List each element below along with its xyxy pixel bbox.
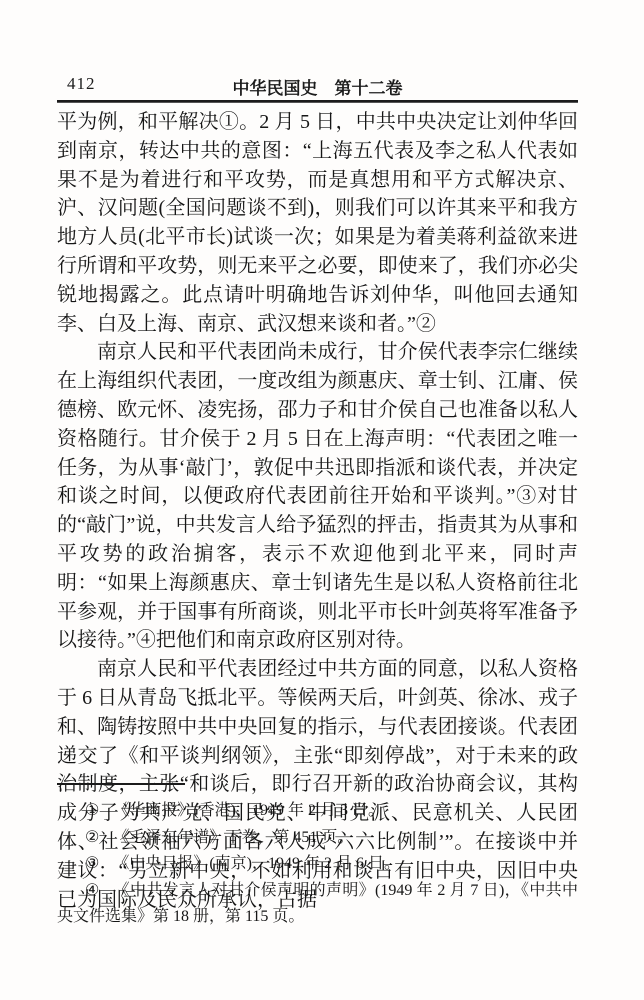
header-rule	[57, 100, 578, 103]
footnote-4-text: 《中共发言人对甘介侯声明的声明》(1949 年 2 月 7 日)，《中共中央文件…	[57, 882, 578, 926]
footnote-2-text: 《毛泽东年谱》下卷，第 451 页。	[113, 829, 353, 846]
footnote-4: ④《中共发言人对甘介侯声明的声明》(1949 年 2 月 7 日)，《中共中央文…	[57, 878, 578, 931]
footnote-4-marker: ④	[85, 878, 99, 905]
footnote-2-marker: ②	[85, 825, 99, 852]
running-title: 中华民国史 第十二卷	[57, 74, 578, 99]
footnote-3: ③《中央日报》(南京)，1949 年 2 月 6 日。	[57, 851, 578, 878]
book-page: 412 中华民国史 第十二卷 平为例，和平解决①。2 月 5 日，中共中央决定让…	[0, 0, 644, 1000]
footnotes-section: ①《华商报》(香港)，1949 年 2 月 3 日。 ②《毛泽东年谱》下卷，第 …	[57, 798, 578, 931]
body-paragraph-1: 平为例，和平解决①。2 月 5 日，中共中央决定让刘仲华回到南京，转达中共的意图…	[57, 108, 578, 338]
footnote-1-marker: ①	[85, 798, 99, 825]
footnote-2: ②《毛泽东年谱》下卷，第 451 页。	[57, 825, 578, 852]
running-header: 412 中华民国史 第十二卷	[57, 74, 578, 98]
footnote-separator-rule	[57, 783, 185, 785]
footnote-3-marker: ③	[85, 851, 99, 878]
body-paragraph-2: 南京人民和平代表团尚未成行，甘介侯代表李宗仁继续在上海组织代表团，一度改组为颜惠…	[57, 338, 578, 655]
footnote-1: ①《华商报》(香港)，1949 年 2 月 3 日。	[57, 798, 578, 825]
page-body: 平为例，和平解决①。2 月 5 日，中共中央决定让刘仲华回到南京，转达中共的意图…	[57, 108, 578, 914]
footnote-1-text: 《华商报》(香港)，1949 年 2 月 3 日。	[113, 802, 384, 819]
footnote-3-text: 《中央日报》(南京)，1949 年 2 月 6 日。	[113, 855, 400, 872]
